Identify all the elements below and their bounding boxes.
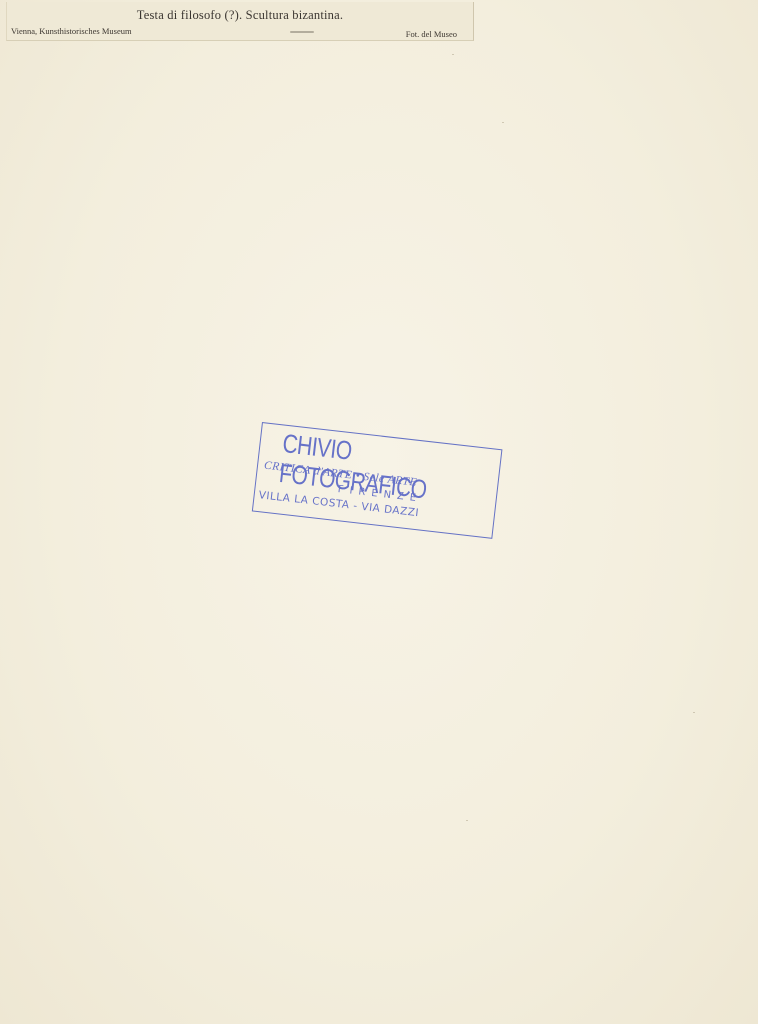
paper-speck: [466, 820, 468, 821]
paper-speck: [693, 712, 695, 713]
paper-speck: [502, 122, 504, 123]
caption-location: Vienna, Kunsthistorisches Museum: [11, 26, 132, 36]
pencil-mark: [290, 31, 314, 33]
paper-speck: [452, 54, 454, 55]
archive-stamp: CHIVIO FOTOGRAFICO CRITICA d'ARTE • Sele…: [252, 422, 503, 539]
caption-credit: Fot. del Museo: [406, 29, 457, 39]
caption-title: Testa di filosofo (?). Scultura bizantin…: [7, 8, 473, 23]
caption-label: Testa di filosofo (?). Scultura bizantin…: [6, 2, 474, 41]
